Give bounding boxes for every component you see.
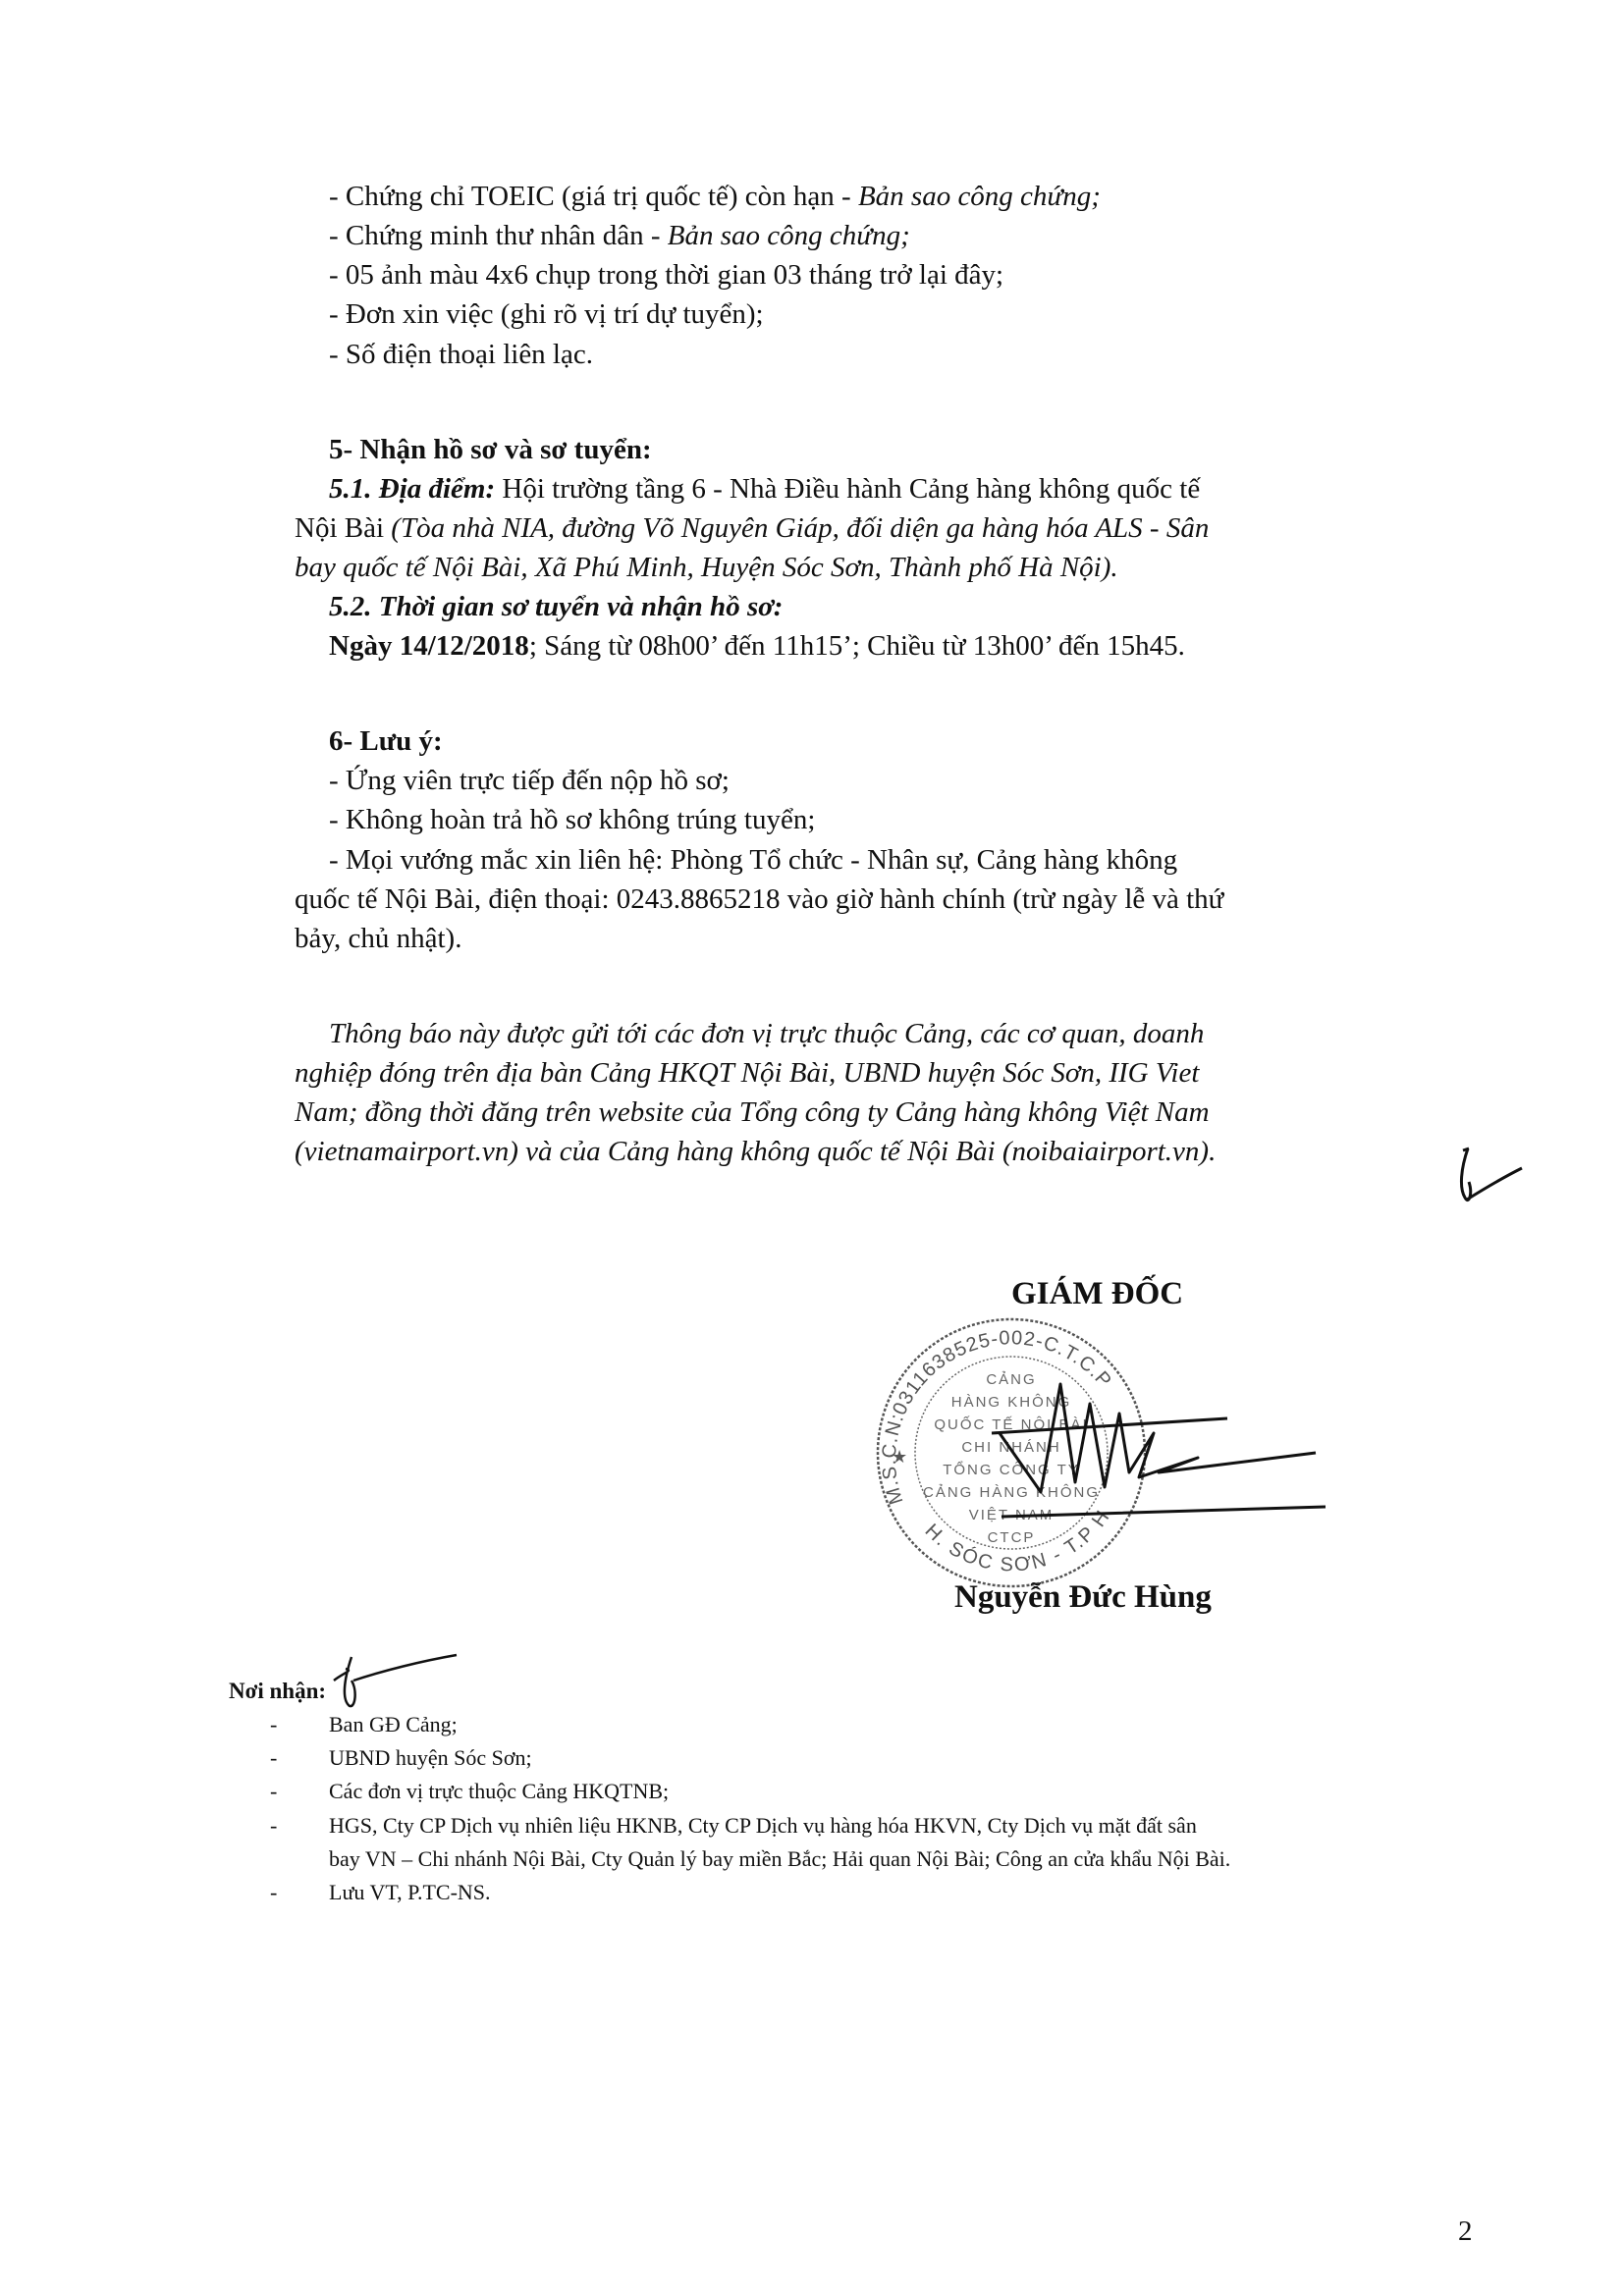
note-item: - Không hoàn trả hồ sơ không trúng tuyển… <box>329 800 815 839</box>
requirement-item: - 05 ảnh màu 4x6 chụp trong thời gian 03… <box>329 255 1003 294</box>
requirement-note: Bản sao công chứng; <box>668 220 910 251</box>
recipients-label: Nơi nhận: <box>229 1677 326 1706</box>
recipient-text: UBND huyện Sóc Sơn; <box>329 1745 532 1770</box>
recipient-text: Lưu VT, P.TC-NS. <box>329 1880 491 1904</box>
notice-line: nghiệp đóng trên địa bàn Cảng HKQT Nội B… <box>295 1053 1199 1093</box>
location-address: (Tòa nhà NIA, đường Võ Nguyên Giáp, đối … <box>391 512 1209 544</box>
recipient-text: HGS, Cty CP Dịch vụ nhiên liệu HKNB, Cty… <box>329 1813 1197 1838</box>
section-5-2-label: 5.2. Thời gian sơ tuyển và nhận hồ sơ: <box>329 587 783 626</box>
requirement-text: - Chứng chỉ TOEIC (giá trị quốc tế) còn … <box>329 181 858 212</box>
requirement-text: - Chứng minh thư nhân dân - <box>329 220 668 251</box>
requirement-item: - Chứng chỉ TOEIC (giá trị quốc tế) còn … <box>329 177 1101 216</box>
notice-line: Thông báo này được gửi tới các đơn vị tr… <box>329 1014 1204 1053</box>
requirement-text: - Số điện thoại liên lạc. <box>329 339 593 370</box>
section-5-heading: 5- Nhận hồ sơ và sơ tuyển: <box>329 430 652 469</box>
recipient-text: Các đơn vị trực thuộc Cảng HKQTNB; <box>329 1779 669 1803</box>
section-5-1-line2: Nội Bài (Tòa nhà NIA, đường Võ Nguyên Gi… <box>295 508 1209 548</box>
requirement-text: - 05 ảnh màu 4x6 chụp trong thời gian 03… <box>329 259 1003 291</box>
requirement-note: Bản sao công chứng; <box>858 181 1101 212</box>
document-page: - Chứng chỉ TOEIC (giá trị quốc tế) còn … <box>0 0 1624 2296</box>
initials-mark-icon <box>324 1651 461 1710</box>
note-item: - Ứng viên trực tiếp đến nộp hồ sơ; <box>329 761 730 800</box>
contact-line: quốc tế Nội Bài, điện thoại: 0243.886521… <box>295 880 1223 919</box>
svg-text:★: ★ <box>892 1447 907 1467</box>
section-6-heading: 6- Lưu ý: <box>329 721 443 761</box>
requirement-item: - Chứng minh thư nhân dân - Bản sao công… <box>329 216 910 255</box>
recipient-item: -HGS, Cty CP Dịch vụ nhiên liệu HKNB, Ct… <box>270 1811 1197 1841</box>
signer-name: Nguyễn Đức Hùng <box>954 1577 1212 1617</box>
schedule-time: ; Sáng từ 08h00’ đến 11h15’; Chiều từ 13… <box>529 630 1185 662</box>
recipient-item: -Lưu VT, P.TC-NS. <box>270 1878 491 1907</box>
note-item: - Mọi vướng mắc xin liên hệ: Phòng Tổ ch… <box>329 840 1177 880</box>
director-signature-icon <box>982 1364 1335 1561</box>
recipient-item: -Ban GĐ Cảng; <box>270 1710 458 1739</box>
section-5-2-schedule: Ngày 14/12/2018; Sáng từ 08h00’ đến 11h1… <box>329 626 1185 666</box>
recipient-text: Ban GĐ Cảng; <box>329 1712 458 1736</box>
recipient-item-continued: bay VN – Chi nhánh Nội Bài, Cty Quản lý … <box>329 1844 1230 1874</box>
contact-line: bảy, chủ nhật). <box>295 919 461 958</box>
recipient-item: -UBND huyện Sóc Sơn; <box>270 1743 532 1773</box>
schedule-date: Ngày 14/12/2018 <box>329 630 529 662</box>
requirement-text: - Đơn xin việc (ghi rõ vị trí dự tuyển); <box>329 298 764 330</box>
page-number: 2 <box>1458 2216 1473 2248</box>
initials-mark-icon <box>1443 1139 1532 1217</box>
section-5-1-line3: bay quốc tế Nội Bài, Xã Phú Minh, Huyện … <box>295 548 1118 587</box>
section-5-1-location: 5.1. Địa điểm: Hội trường tầng 6 - Nhà Đ… <box>329 469 1200 508</box>
location-name: Nội Bài <box>295 512 391 544</box>
recipient-item: -Các đơn vị trực thuộc Cảng HKQTNB; <box>270 1777 669 1806</box>
requirement-item: - Số điện thoại liên lạc. <box>329 335 593 374</box>
requirement-item: - Đơn xin việc (ghi rõ vị trí dự tuyển); <box>329 294 764 334</box>
section-5-1-text: Hội trường tầng 6 - Nhà Điều hành Cảng h… <box>495 473 1200 505</box>
notice-line: (vietnamairport.vn) và của Cảng hàng khô… <box>295 1132 1216 1171</box>
notice-line: Nam; đồng thời đăng trên website của Tổn… <box>295 1093 1210 1132</box>
section-5-1-label: 5.1. Địa điểm: <box>329 473 495 505</box>
